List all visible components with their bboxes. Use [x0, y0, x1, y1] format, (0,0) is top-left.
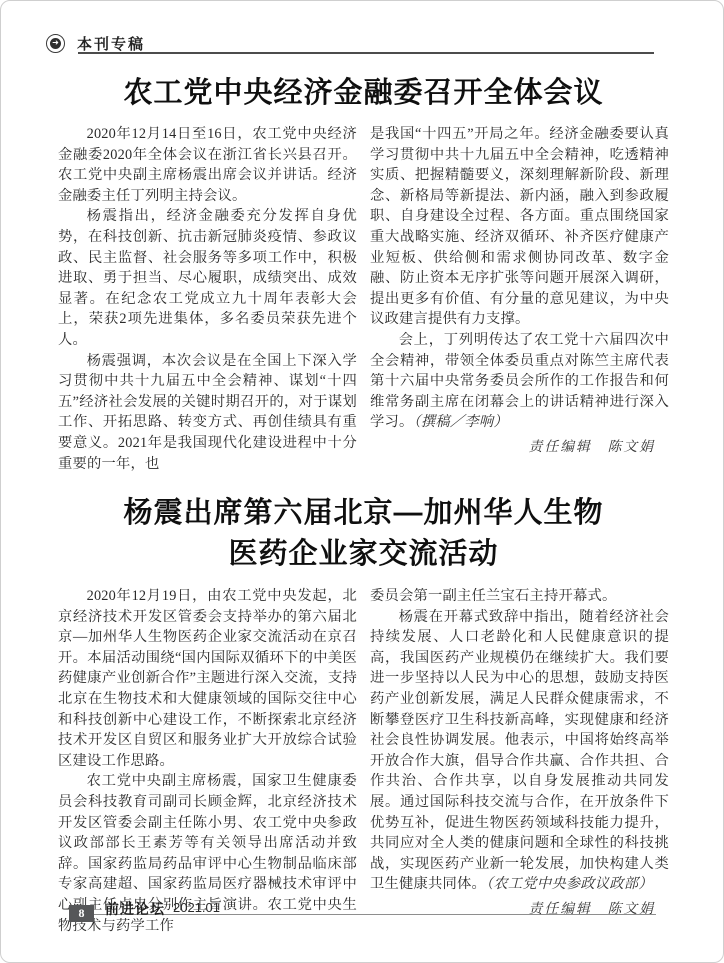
section-header-label: 本刊专稿	[77, 33, 145, 54]
paragraph: 2020年12月14日至16日，农工党中央经济金融委2020年全体会议在浙江省长…	[58, 124, 357, 206]
section-header: ➜ 本刊专稿	[46, 32, 145, 54]
journal-name: 前进论坛	[105, 899, 165, 919]
paragraph: 杨震强调，本次会议是在全国上下深入学习贯彻中共十九届五中全会精神、谋划“十四五”…	[58, 351, 357, 475]
article-1-left-column: 2020年12月14日至16日，农工党中央经济金融委2020年全体会议在浙江省长…	[58, 124, 357, 474]
article-2-title-line-2: 医药企业家交流活动	[58, 534, 669, 575]
arrow-glyph: ➜	[50, 38, 61, 49]
paragraph-text: 杨震在开幕式致辞中指出，随着经济社会持续发展、人口老龄化和人民健康意识的提高，我…	[370, 609, 669, 893]
paragraph: 杨震在开幕式致辞中指出，随着经济社会持续发展、人口老龄化和人民健康意识的提高，我…	[370, 607, 669, 895]
paragraph: 2020年12月19日，由农工党中央发起，北京经济技术开发区管委会支持举办的第六…	[58, 586, 357, 771]
article-1-editor-credit: 责任编辑 陈文娟	[370, 437, 669, 458]
article-2-editor-credit: 责任编辑 陈文娟	[370, 899, 669, 920]
article-1: 农工党中央经济金融委召开全体会议 2020年12月14日至16日，农工党中央经济…	[58, 73, 669, 474]
circled-arrow-icon: ➜	[46, 34, 65, 53]
article-1-columns: 2020年12月14日至16日，农工党中央经济金融委2020年全体会议在浙江省长…	[58, 124, 669, 474]
paragraph: 是我国“十四五”开局之年。经济金融委要认真学习贯彻中共十九届五中全会精神，吃透精…	[370, 124, 669, 330]
article-1-title: 农工党中央经济金融委召开全体会议	[58, 73, 669, 113]
magazine-page: ➜ 本刊专稿 农工党中央经济金融委召开全体会议 2020年12月14日至16日，…	[0, 0, 724, 963]
article-1-right-column: 是我国“十四五”开局之年。经济金融委要认真学习贯彻中共十九届五中全会精神，吃透精…	[370, 124, 669, 474]
byline: （撰稿／李响）	[414, 414, 508, 430]
page-content: 农工党中央经济金融委召开全体会议 2020年12月14日至16日，农工党中央经济…	[58, 73, 669, 936]
issue-number: 2021.01	[173, 900, 220, 915]
paragraph: 委员会第一副主任兰宝石主持开幕式。	[370, 586, 669, 607]
article-1-title-line: 农工党中央经济金融委召开全体会议	[58, 73, 669, 113]
article-2-right-column: 委员会第一副主任兰宝石主持开幕式。 杨震在开幕式致辞中指出，随着经济社会持续发展…	[370, 586, 669, 936]
page-number-badge: 8	[69, 905, 94, 922]
article-2-title: 杨震出席第六届北京—加州华人生物 医药企业家交流活动	[58, 493, 669, 575]
article-2: 杨震出席第六届北京—加州华人生物 医药企业家交流活动 2020年12月19日，由…	[58, 493, 669, 936]
article-2-columns: 2020年12月19日，由农工党中央发起，北京经济技术开发区管委会支持举办的第六…	[58, 586, 669, 936]
paragraph: 会上，丁列明传达了农工党十六届四次中全会精神，带领全体委员重点对陈竺主席代表第十…	[370, 330, 669, 433]
header-rule	[78, 52, 654, 54]
attribution: （农工党中央参政议政部）	[486, 876, 653, 892]
article-2-title-line-1: 杨震出席第六届北京—加州华人生物	[58, 493, 669, 534]
article-2-left-column: 2020年12月19日，由农工党中央发起，北京经济技术开发区管委会支持举办的第六…	[58, 586, 357, 936]
paragraph: 杨震指出，经济金融委充分发挥自身优势，在科技创新、抗击新冠肺炎疫情、参政议政、民…	[58, 206, 357, 350]
